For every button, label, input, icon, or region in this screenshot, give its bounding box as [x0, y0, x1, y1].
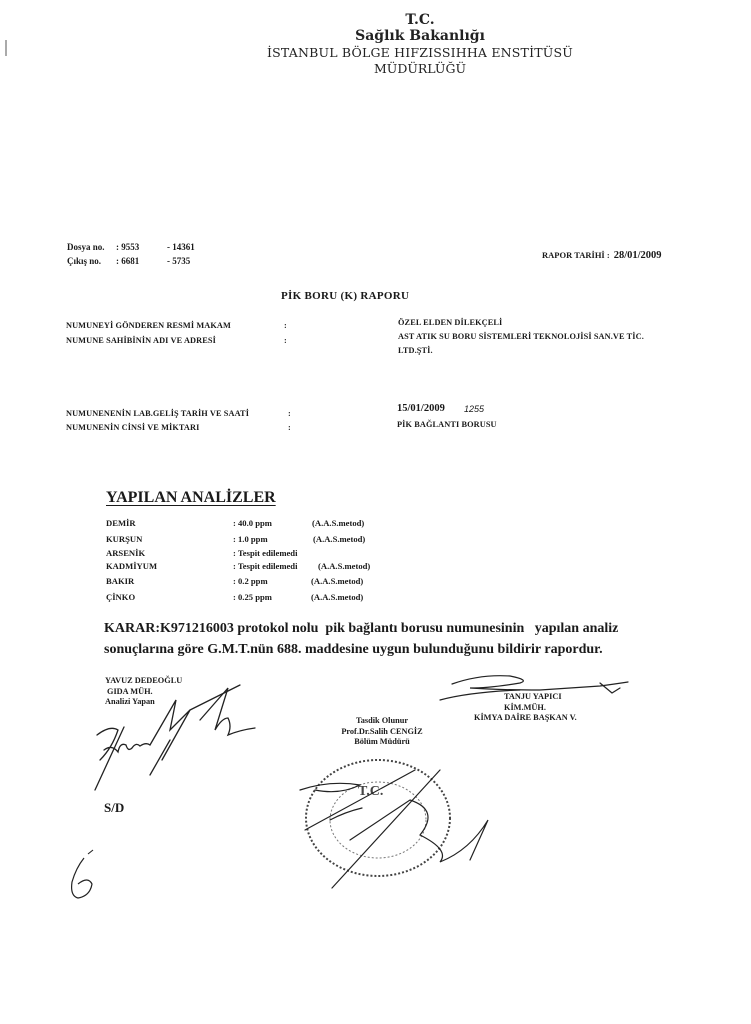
- stamp-text: T.C.: [358, 784, 383, 799]
- handwritten-accent: [88, 850, 93, 854]
- head-signature-icon: [440, 676, 628, 700]
- ink-layer: T.C.: [0, 0, 751, 1024]
- analyst-signature-icon: [95, 685, 255, 790]
- approver-signature-icon: [300, 770, 488, 888]
- handwritten-mark-icon: [72, 858, 92, 898]
